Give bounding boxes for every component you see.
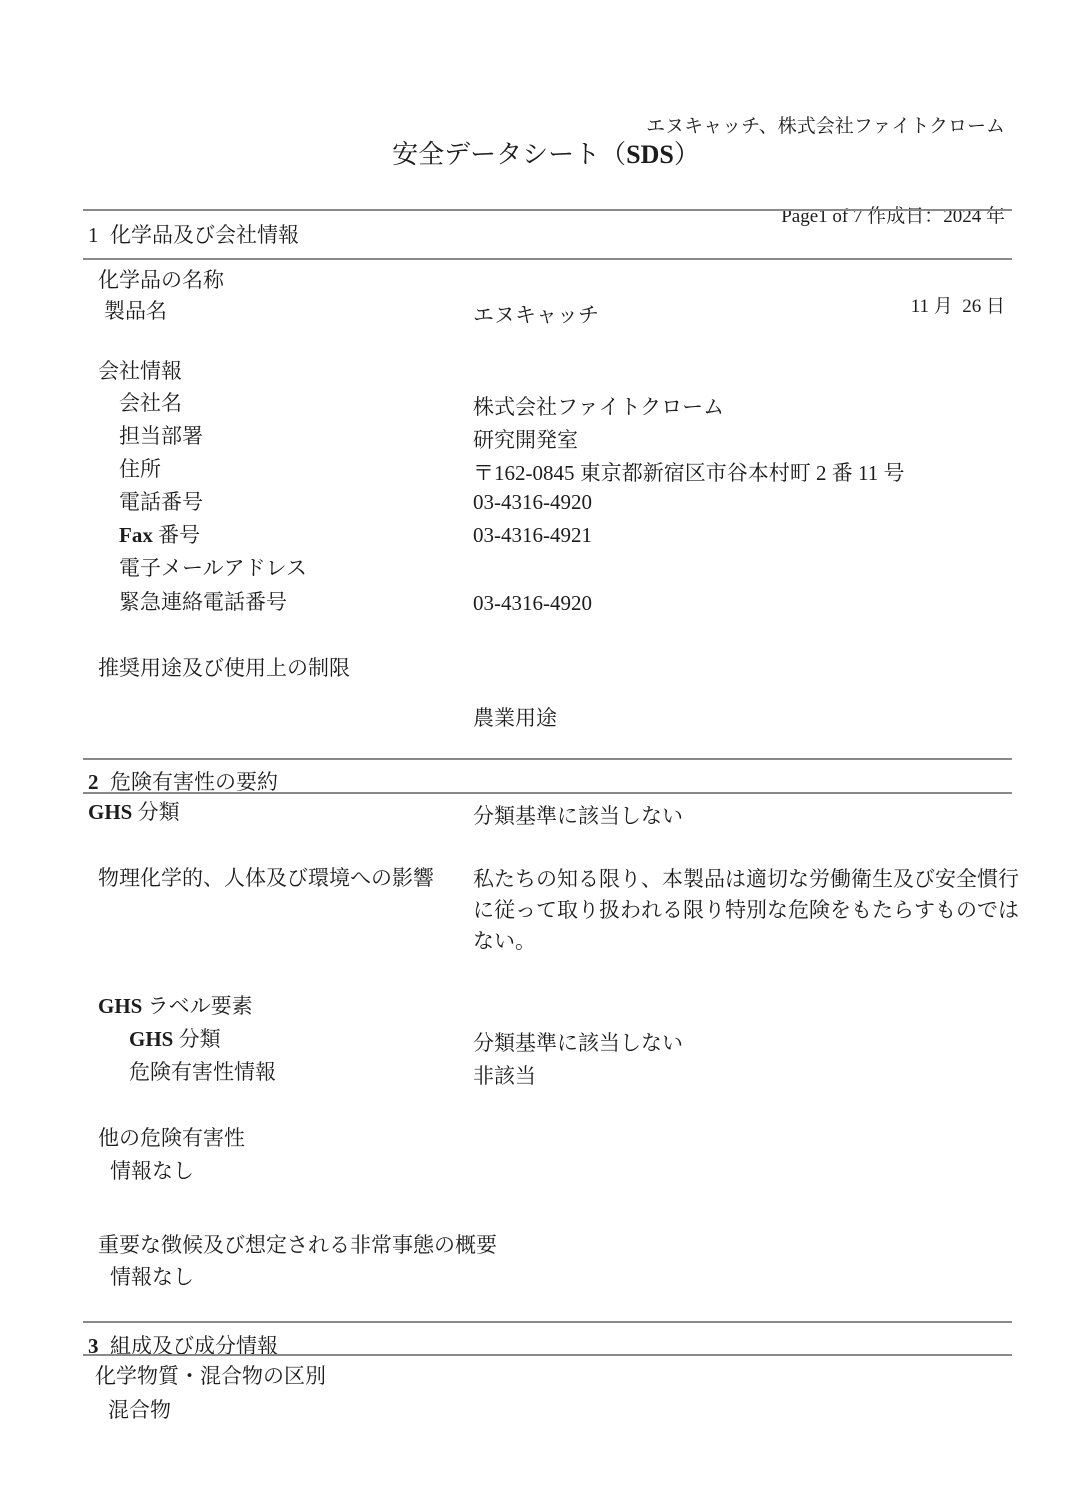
section1-heading: 1化学品及び会社情報	[88, 219, 299, 249]
document-title: 安全データシート（SDS）	[0, 134, 1092, 171]
recommended-use-value: 農業用途	[473, 702, 557, 732]
fax-value: 03-4316-4921	[473, 523, 592, 548]
product-name-value: エヌキャッチ	[473, 299, 599, 329]
phone-value: 03-4316-4920	[473, 490, 592, 515]
other-hazards-value: 情報なし	[110, 1159, 194, 1183]
email-label: 電子メールアドレス	[119, 556, 307, 580]
hazard-info-label: 危険有害性情報	[129, 1060, 276, 1084]
header-date-line2: 11 月 26 日	[646, 292, 1005, 322]
header-page-and-date: Page1 of 7 作成日：2024 年	[646, 202, 1005, 232]
ghs-classification-label-rest: 分類	[132, 800, 179, 824]
company-info-heading: 会社情報	[98, 359, 182, 383]
department-label: 担当部署	[119, 424, 203, 448]
label-ghs-classification-value: 分類基準に該当しない	[473, 1027, 683, 1057]
address-value: 〒162-0845 東京都新宿区市谷本村町 2 番 11 号	[473, 457, 904, 487]
rule-above-section3	[83, 1321, 1012, 1323]
section1-heading-text: 化学品及び会社情報	[110, 223, 299, 247]
hazard-info-value: 非該当	[473, 1060, 536, 1090]
ghs-label-elements-rest: ラベル要素	[142, 994, 252, 1018]
emergency-overview-value: 情報なし	[110, 1265, 194, 1289]
fax-label: Fax 番号	[119, 523, 200, 547]
page-header: エヌキャッチ、株式会社ファイトクローム Page1 of 7 作成日：2024 …	[646, 52, 1005, 382]
address-label: 住所	[119, 457, 161, 481]
section2-heading-text: 危険有害性の要約	[110, 770, 278, 794]
distinction-heading: 化学物質・混合物の区別	[95, 1364, 326, 1388]
document-title-text: 安全データシート（	[392, 140, 626, 169]
label-ghs-classification-rest: 分類	[173, 1027, 220, 1051]
label-ghs-classification-bold: GHS	[129, 1027, 173, 1051]
ghs-label-elements-heading: GHS ラベル要素	[98, 994, 253, 1018]
label-ghs-classification-label: GHS 分類	[129, 1027, 221, 1051]
emergency-phone-value: 03-4316-4920	[473, 591, 592, 616]
company-name-label: 会社名	[119, 391, 182, 415]
effects-value: 私たちの知る限り、本製品は適切な労働衛生及び安全慣行に従って取り扱われる限り特別…	[473, 864, 1021, 957]
rule-below-section3	[83, 1354, 1012, 1356]
effects-label: 物理化学的、人体及び環境への影響	[98, 866, 434, 890]
emergency-phone-label: 緊急連絡電話番号	[119, 590, 287, 614]
section1-number: 1	[88, 223, 101, 248]
company-name-value: 株式会社ファイトクローム	[473, 391, 724, 421]
rule-above-section2	[83, 758, 1012, 760]
document-title-sds: SDS	[626, 140, 674, 169]
rule-above-section1	[83, 209, 1012, 211]
department-value: 研究開発室	[473, 424, 578, 454]
emergency-overview-heading: 重要な徴候及び想定される非常事態の概要	[98, 1233, 497, 1257]
fax-label-bold: Fax	[119, 523, 153, 547]
document-title-close: ）	[674, 140, 700, 169]
rule-below-section1	[83, 258, 1012, 260]
recommended-use-heading: 推奨用途及び使用上の制限	[98, 656, 350, 680]
fax-label-rest: 番号	[153, 523, 200, 547]
other-hazards-heading: 他の危険有害性	[98, 1126, 245, 1150]
ghs-classification-value: 分類基準に該当しない	[473, 800, 683, 830]
ghs-label-elements-bold: GHS	[98, 994, 142, 1018]
distinction-value: 混合物	[108, 1398, 171, 1422]
phone-label: 電話番号	[119, 490, 203, 514]
chemical-name-heading: 化学品の名称	[98, 268, 224, 292]
product-name-label: 製品名	[104, 299, 167, 323]
ghs-classification-label-bold: GHS	[88, 800, 132, 824]
sds-document-page: エヌキャッチ、株式会社ファイトクローム Page1 of 7 作成日：2024 …	[0, 0, 1092, 1500]
rule-below-section2	[83, 792, 1012, 794]
ghs-classification-label: GHS 分類	[88, 800, 180, 824]
